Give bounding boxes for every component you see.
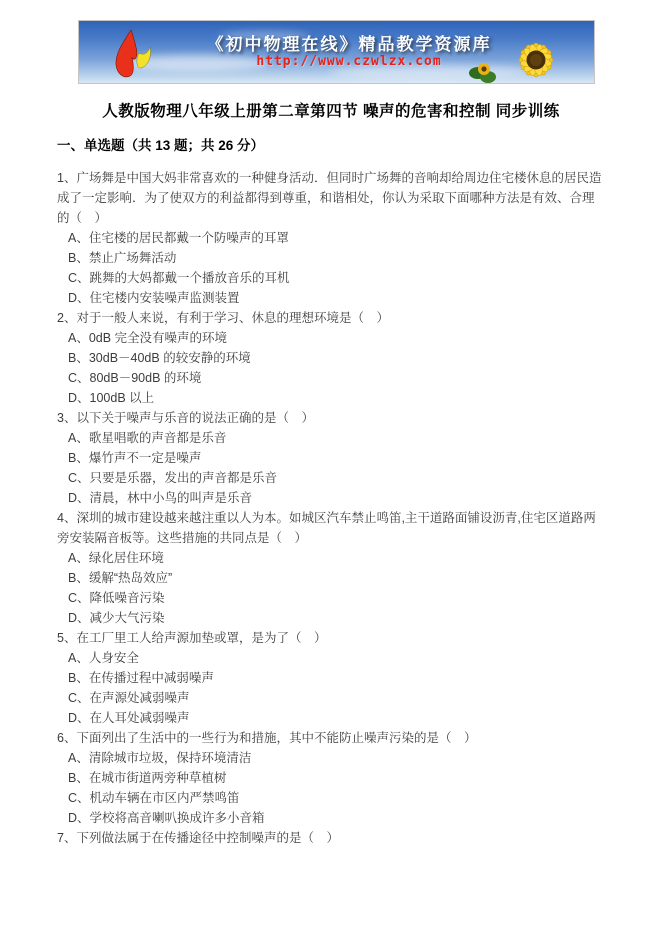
option-a: A、人身安全 <box>57 648 605 668</box>
option-b: B、30dB－40dB 的较安静的环境 <box>57 348 605 368</box>
option-c: C、跳舞的大妈都戴一个播放音乐的耳机 <box>57 268 605 288</box>
worksheet-page: 《初中物理在线》精品教学资源库 http://www.czwlzx.com <box>0 0 661 936</box>
option-b: B、在城市街道两旁种草植树 <box>57 768 605 788</box>
site-logo-flame-icon <box>107 29 153 79</box>
option-a: A、歌星唱歌的声音都是乐音 <box>57 428 605 448</box>
site-title: 《初中物理在线》精品教学资源库 <box>174 30 524 55</box>
document-content: 人教版物理八年级上册第二章第四节 噪声的危害和控制 同步训练 一、单选题（共 1… <box>57 100 605 848</box>
section-heading: 一、单选题（共 13 题；共 26 分） <box>57 136 605 156</box>
question-2: 2、对于一般人来说，有利于学习、休息的理想环境是（ ） A、0dB 完全没有噪声… <box>57 308 605 408</box>
question-5: 5、在工厂里工人给声源加垫或罩，是为了（ ） A、人身安全 B、在传播过程中减弱… <box>57 628 605 728</box>
question-text: 5、在工厂里工人给声源加垫或罩，是为了（ ） <box>57 628 605 648</box>
question-3: 3、以下关于噪声与乐音的说法正确的是（ ） A、歌星唱歌的声音都是乐音 B、爆竹… <box>57 408 605 508</box>
question-text: 2、对于一般人来说，有利于学习、休息的理想环境是（ ） <box>57 308 605 328</box>
option-d: D、在人耳处减弱噪声 <box>57 708 605 728</box>
option-b: B、禁止广场舞活动 <box>57 248 605 268</box>
question-text: 3、以下关于噪声与乐音的说法正确的是（ ） <box>57 408 605 428</box>
option-c: C、80dB－90dB 的环境 <box>57 368 605 388</box>
document-title: 人教版物理八年级上册第二章第四节 噪声的危害和控制 同步训练 <box>57 100 605 124</box>
question-6: 6、下面列出了生活中的一些行为和措施，其中不能防止噪声污染的是（ ） A、清除城… <box>57 728 605 828</box>
question-text: 6、下面列出了生活中的一些行为和措施，其中不能防止噪声污染的是（ ） <box>57 728 605 748</box>
option-c: C、降低噪音污染 <box>57 588 605 608</box>
site-banner: 《初中物理在线》精品教学资源库 http://www.czwlzx.com <box>78 20 595 84</box>
question-4: 4、深圳的城市建设越来越注重以人为本。如城区汽车禁止鸣笛,主干道路面铺设沥青,住… <box>57 508 605 628</box>
question-7: 7、下列做法属于在传播途径中控制噪声的是（ ） <box>57 828 605 848</box>
sunflower-icon <box>494 33 572 84</box>
option-a: A、住宅楼的居民都戴一个防噪声的耳罩 <box>57 228 605 248</box>
option-c: C、机动车辆在市区内严禁鸣笛 <box>57 788 605 808</box>
option-c: C、只要是乐器，发出的声音都是乐音 <box>57 468 605 488</box>
option-b: B、爆竹声不一定是噪声 <box>57 448 605 468</box>
option-b: B、在传播过程中减弱噪声 <box>57 668 605 688</box>
option-d: D、100dB 以上 <box>57 388 605 408</box>
question-1: 1、广场舞是中国大妈非常喜欢的一种健身活动．但同时广场舞的音响却给周边住宅楼休息… <box>57 168 605 308</box>
option-d: D、住宅楼内安装噪声监测装置 <box>57 288 605 308</box>
option-d: D、清晨，林中小鸟的叫声是乐音 <box>57 488 605 508</box>
question-text: 4、深圳的城市建设越来越注重以人为本。如城区汽车禁止鸣笛,主干道路面铺设沥青,住… <box>57 508 605 548</box>
question-list: 1、广场舞是中国大妈非常喜欢的一种健身活动．但同时广场舞的音响却给周边住宅楼休息… <box>57 168 605 848</box>
question-text: 7、下列做法属于在传播途径中控制噪声的是（ ） <box>57 828 605 848</box>
option-a: A、清除城市垃圾，保持环境清洁 <box>57 748 605 768</box>
option-b: B、缓解“热岛效应” <box>57 568 605 588</box>
option-d: D、减少大气污染 <box>57 608 605 628</box>
option-d: D、学校将高音喇叭换成许多小音箱 <box>57 808 605 828</box>
option-a: A、绿化居住环境 <box>57 548 605 568</box>
option-a: A、0dB 完全没有噪声的环境 <box>57 328 605 348</box>
question-text: 1、广场舞是中国大妈非常喜欢的一种健身活动．但同时广场舞的音响却给周边住宅楼休息… <box>57 168 605 228</box>
option-c: C、在声源处减弱噪声 <box>57 688 605 708</box>
